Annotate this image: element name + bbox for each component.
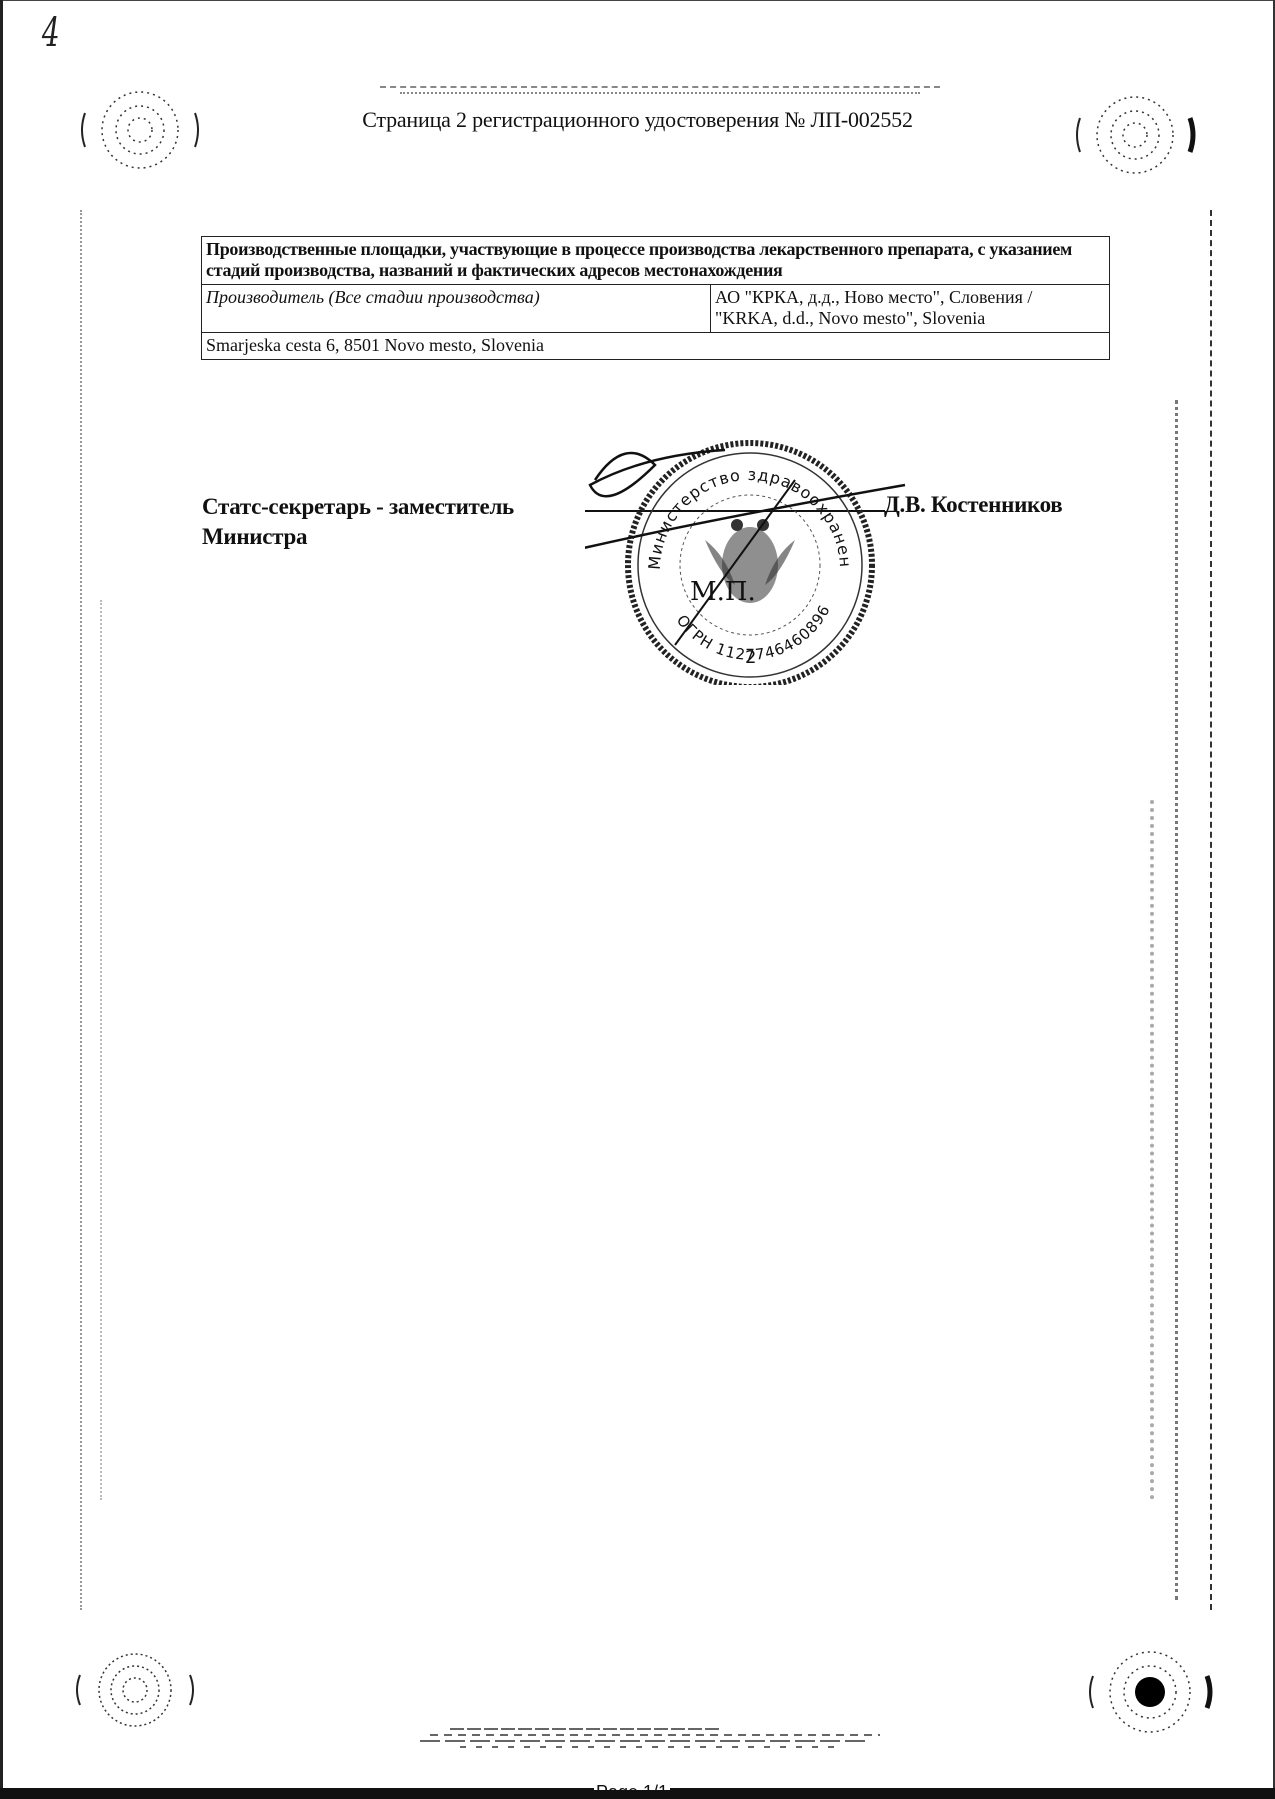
svg-text:М.П.: М.П. <box>690 577 756 607</box>
manufacturer-value-cell: АО "КРКА, д.д., Ново место", Словения / … <box>711 285 1110 333</box>
border-top-ornament <box>380 86 940 88</box>
manufacturer-name-en: "KRKA, d.d., Novo mesto", Slovenia <box>715 308 1105 329</box>
stamp-outer-text: Министерство здравоохранения Российской … <box>585 425 855 570</box>
table-row: Smarjeska cesta 6, 8501 Novo mesto, Slov… <box>202 333 1110 360</box>
page-header: Страница 2 регистрационного удостоверени… <box>0 107 1275 133</box>
page-footer-text: Page 1/1 <box>596 1784 668 1790</box>
border-left-ornament <box>80 210 82 1610</box>
manufacturer-name-ru: АО "КРКА, д.д., Ново место", Словения / <box>715 287 1105 308</box>
border-right-ornament <box>1210 210 1212 1610</box>
page-footer: Page 1/1 <box>594 1784 670 1790</box>
signer-title-line1: Статс-секретарь - заместитель <box>202 492 514 522</box>
manufacturing-sites-table: Производственные площадки, участвующие в… <box>201 236 1110 360</box>
signer-title: Статс-секретарь - заместитель Министра <box>202 492 514 552</box>
rosette-bottom-right-icon <box>1085 1640 1215 1750</box>
manufacturer-label-cell: Производитель (Все стадии производства) <box>202 285 711 333</box>
table-row: Производитель (Все стадии производства) … <box>202 285 1110 333</box>
handwritten-page-number: 4 <box>42 10 60 56</box>
table-header-row: Производственные площадки, участвующие в… <box>202 237 1110 285</box>
svg-text:Министерство здравоохранения Р: Министерство здравоохранения Российской … <box>585 425 855 570</box>
rosette-top-right-icon <box>1070 80 1200 190</box>
border-left-ornament-2 <box>100 600 102 1500</box>
address-cell: Smarjeska cesta 6, 8501 Novo mesto, Slov… <box>202 333 1110 360</box>
rosette-bottom-left-icon <box>70 1640 200 1750</box>
signer-title-line2: Министра <box>202 522 514 552</box>
table-header-cell: Производственные площадки, участвующие в… <box>202 237 1110 285</box>
official-stamp-icon: Министерство здравоохранения Российской … <box>585 425 915 685</box>
border-bottom-ornament <box>420 1725 890 1755</box>
border-top-ornament-2 <box>400 92 920 94</box>
border-right-ornament-3 <box>1150 800 1154 1500</box>
svg-text:2: 2 <box>745 647 756 668</box>
scan-edge-top <box>0 0 1275 1</box>
scan-edge-left <box>0 0 3 1799</box>
border-right-ornament-2 <box>1175 400 1178 1600</box>
